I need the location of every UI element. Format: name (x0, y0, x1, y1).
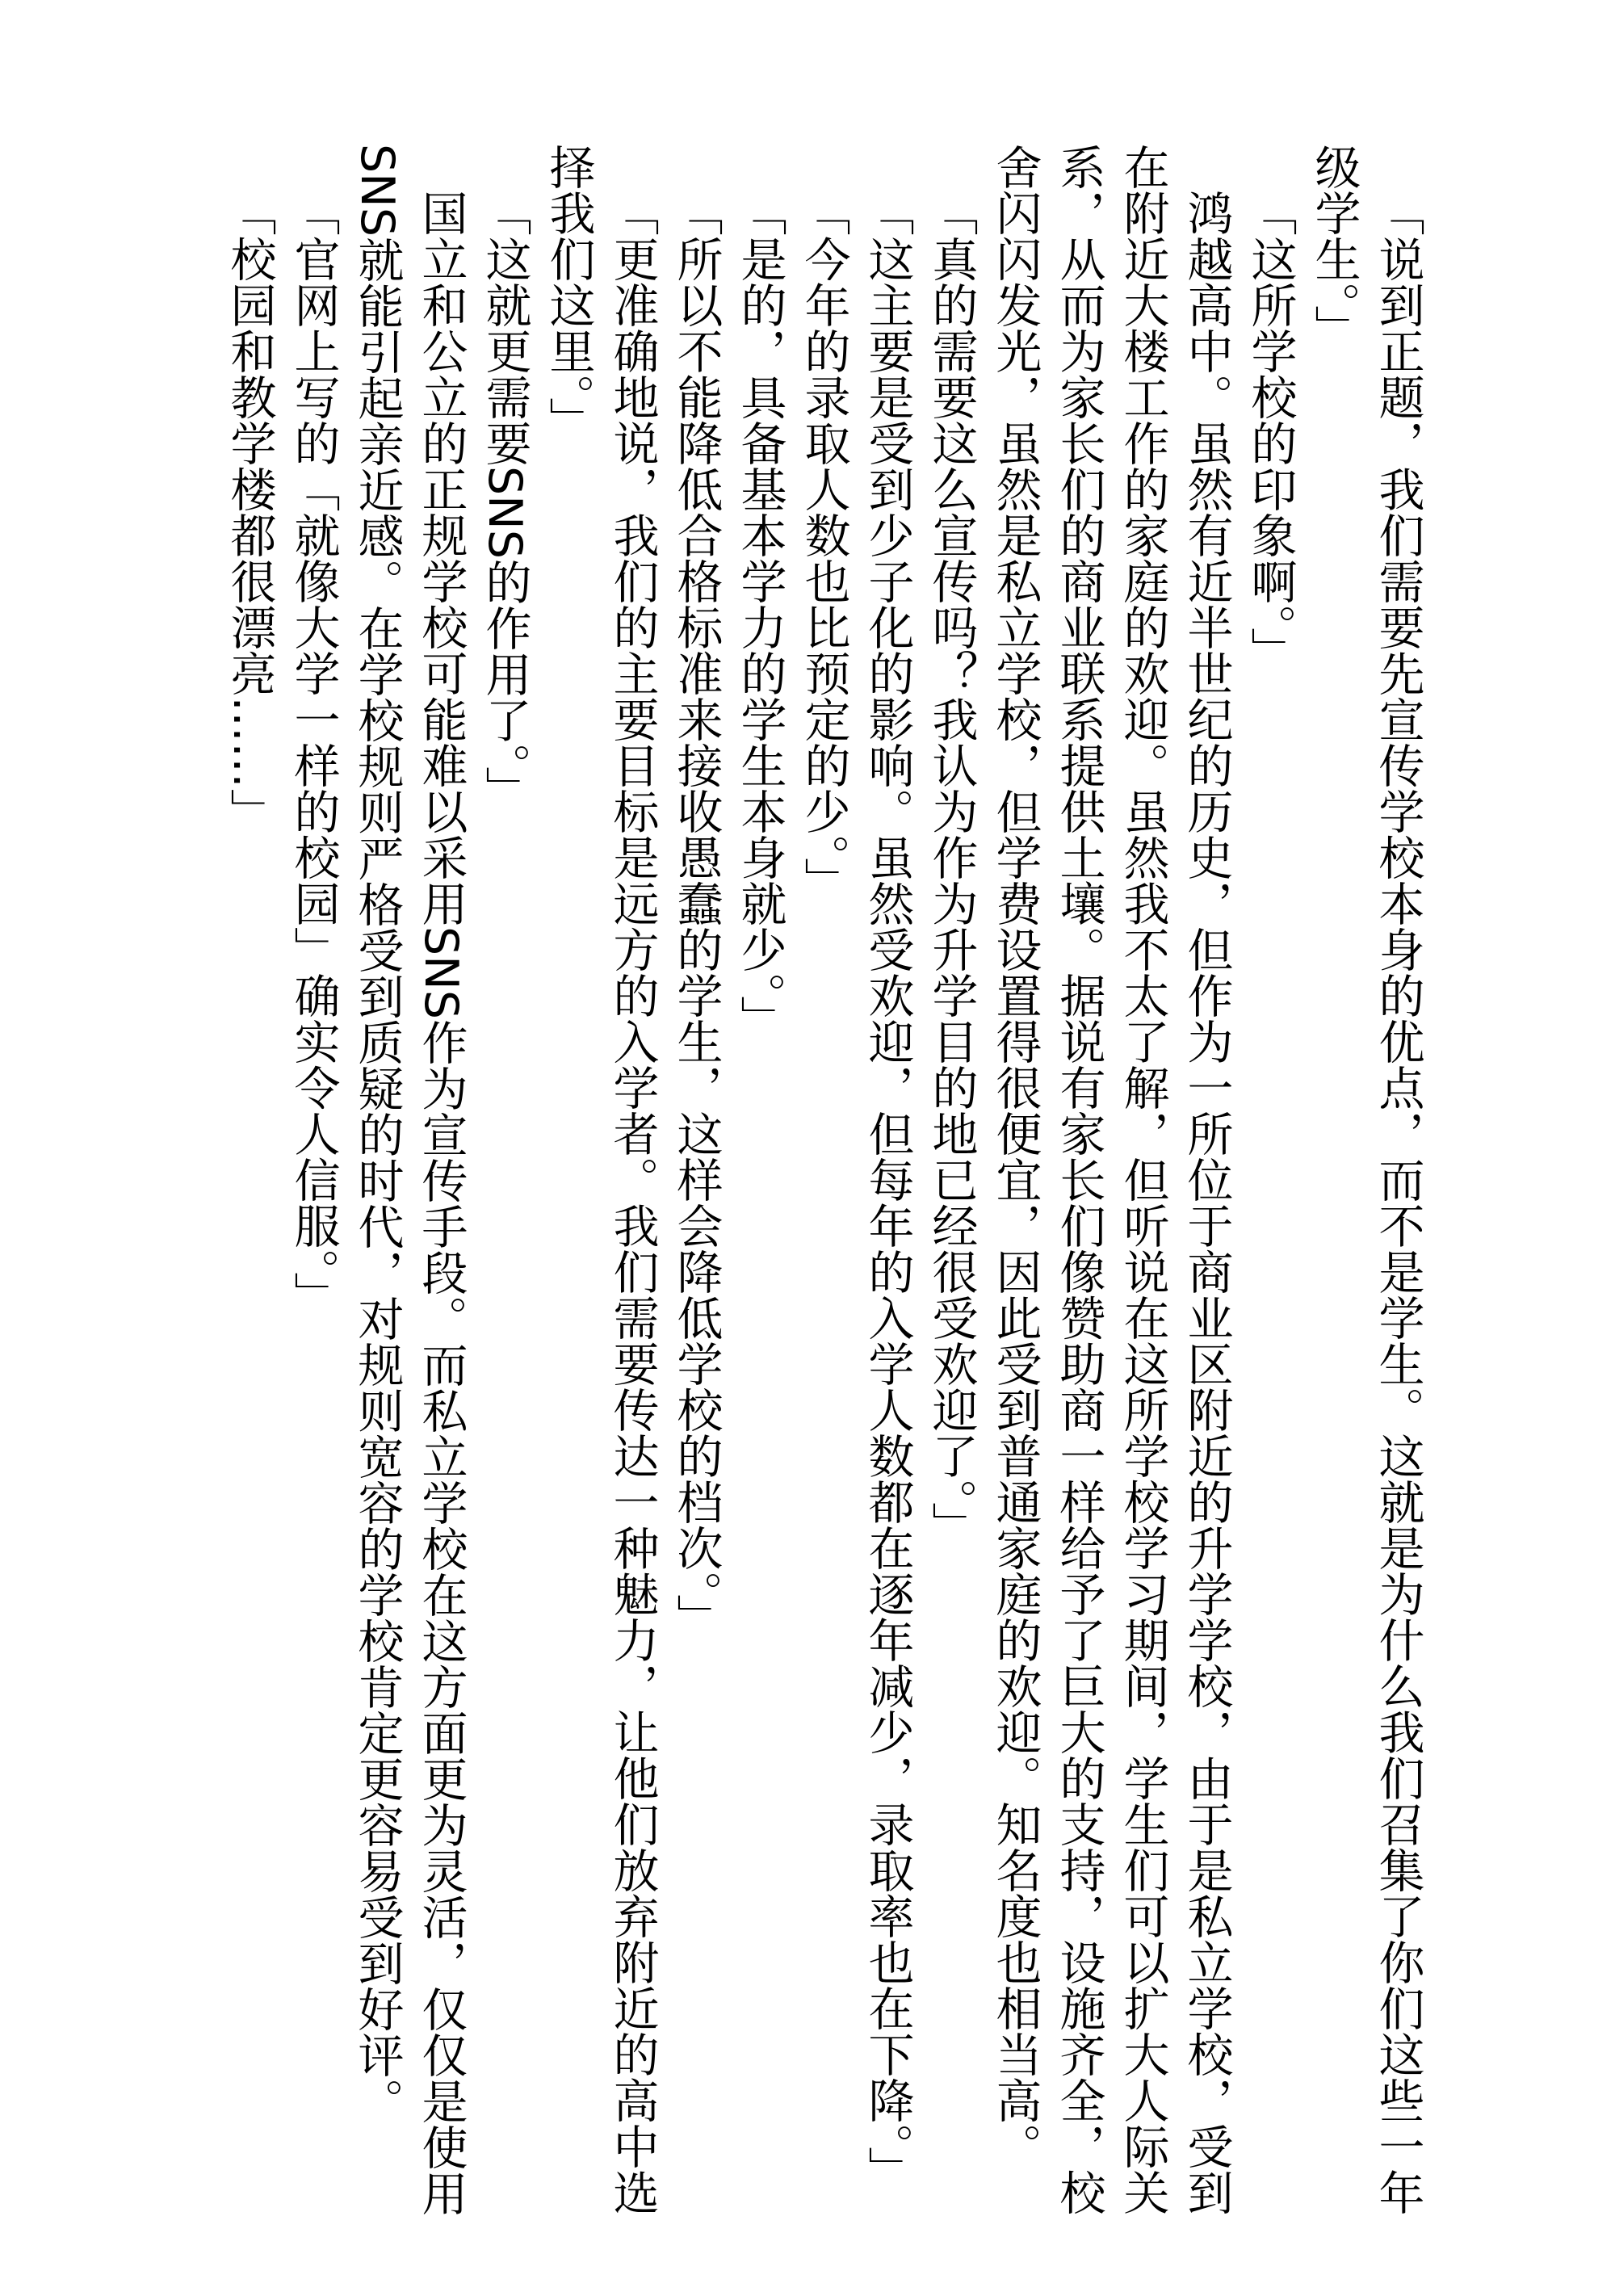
paragraph: 「这就更需要SNS的作用了。」 (472, 144, 536, 2219)
paragraph: 「更准确地说，我们的主要目标是远方的入学者。我们需要传达一种魅力，让他们放弃附近… (536, 144, 664, 2219)
novel-page: 「说到正题，我们需要先宣传学校本身的优点，而不是学生。这就是为什么我们召集了你们… (0, 0, 1615, 2296)
vertical-text-block: 「说到正题，我们需要先宣传学校本身的优点，而不是学生。这就是为什么我们召集了你们… (217, 144, 1429, 2219)
paragraph: 「这主要是受到少子化的影响。虽然受欢迎，但每年的入学人数都在逐年减少，录取率也在… (855, 144, 919, 2219)
paragraph: 国立和公立的正规学校可能难以采用SNS作为宣传手段。而私立学校在这方面更为灵活，… (345, 144, 472, 2219)
paragraph: 「所以不能降低合格标准来接收愚蠢的学生，这样会降低学校的档次。」 (664, 144, 728, 2219)
paragraph: 「校园和教学楼都很漂亮……」 (217, 144, 281, 2219)
paragraph: 「官网上写的「就像大学一样的校园」确实令人信服。」 (281, 144, 345, 2219)
paragraph: 鸿越高中。虽然有近半世纪的历史，但作为一所位于商业区附近的升学学校，由于是私立学… (983, 144, 1238, 2219)
paragraph: 「是的，具备基本学力的学生本身就少。」 (728, 144, 791, 2219)
paragraph: 「这所学校的印象啊。」 (1238, 144, 1302, 2219)
paragraph: 「真的需要这么宣传吗？我认为作为升学目的地已经很受欢迎了。」 (919, 144, 983, 2219)
paragraph: 「说到正题，我们需要先宣传学校本身的优点，而不是学生。这就是为什么我们召集了你们… (1302, 144, 1429, 2219)
paragraph: 「今年的录取人数也比预定的少。」 (791, 144, 855, 2219)
